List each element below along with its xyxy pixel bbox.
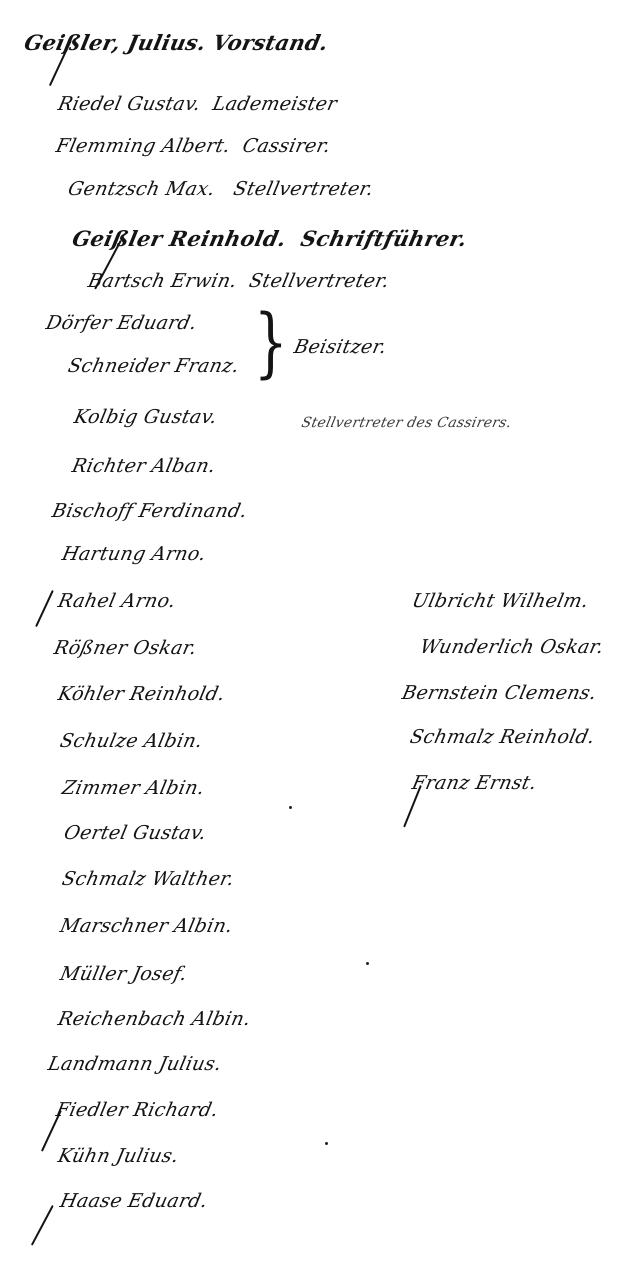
entry-10: Bischoff Ferdinand. [50, 500, 249, 522]
entry-25: Haase Eduard. [58, 1190, 210, 1212]
right-entry-1: Wunderlich Oskar. [418, 636, 606, 658]
entry-role: Schriftführer. [299, 226, 470, 251]
right-entry-2: Bernstein Clemens. [400, 682, 599, 704]
entry-20: Müller Josef. [58, 963, 189, 985]
entry-13: Rößner Oskar. [52, 637, 199, 659]
entry-23: Fiedler Richard. [54, 1099, 220, 1121]
entry-21: Reichenbach Albin. [56, 1008, 253, 1030]
entry-7: Schneider Franz. [66, 355, 241, 377]
entry-name: Oertel Gustav. [62, 822, 208, 844]
entry-name: Schulze Albin. [58, 730, 205, 752]
entry-22: Landmann Julius. [46, 1053, 224, 1075]
group-brace: } [254, 303, 272, 381]
right-entry-4: Franz Ernst. [410, 772, 539, 794]
entry-4: Geißler Reinhold. Schriftführer. [70, 226, 470, 251]
entry-1: Riedel Gustav. Lademeister [56, 93, 339, 115]
beisitzer-label: Beisitzer. [292, 336, 389, 358]
entry-name: Rahel Arno. [56, 590, 178, 612]
entry-5: Bartsch Erwin. Stellvertreter. [86, 270, 391, 292]
entry-name: Kühn Julius. [56, 1145, 181, 1167]
entry-name: Kolbig Gustav. [72, 406, 219, 428]
entry-8-role: Stellvertreter des Cassirers. [300, 415, 513, 431]
document-page: Geißler, Julius. Vorstand. Riedel Gustav… [0, 0, 638, 1264]
entry-name: Haase Eduard. [58, 1190, 210, 1212]
pen-stroke [35, 590, 54, 627]
entry-role: Lademeister [211, 93, 339, 115]
entry-role: Cassirer. [241, 135, 333, 157]
entry-16: Zimmer Albin. [60, 777, 207, 799]
entry-name: Bischoff Ferdinand. [50, 500, 249, 522]
entry-18: Schmalz Walther. [60, 868, 236, 890]
entry-role: Stellvertreter. [247, 270, 391, 292]
entry-9: Richter Alban. [70, 455, 218, 477]
entry-name: Hartung Arno. [60, 543, 208, 565]
entry-17: Oertel Gustav. [62, 822, 208, 844]
entry-name: Schmalz Walther. [60, 868, 236, 890]
entry-name: Landmann Julius. [46, 1053, 224, 1075]
entry-name: Rößner Oskar. [52, 637, 199, 659]
entry-8: Kolbig Gustav. [72, 406, 219, 428]
entry-11: Hartung Arno. [60, 543, 208, 565]
right-entry-3: Schmalz Reinhold. [408, 726, 597, 748]
entry-24: Kühn Julius. [56, 1145, 181, 1167]
entry-19: Marschner Albin. [58, 915, 235, 937]
entry-name: Dörfer Eduard. [44, 312, 199, 334]
entry-name: Zimmer Albin. [60, 777, 207, 799]
entry-2: Flemming Albert. Cassirer. [54, 135, 333, 157]
entry-6: Dörfer Eduard. [44, 312, 199, 334]
entry-role: Stellvertreter. [231, 178, 375, 200]
entry-name: Flemming Albert. [54, 135, 233, 157]
entry-12: Rahel Arno. [56, 590, 178, 612]
entry-3: Gentzsch Max. Stellvertreter. [66, 178, 376, 200]
ink-spot [366, 962, 369, 965]
ink-spot [289, 806, 292, 809]
pen-stroke [41, 1110, 62, 1152]
right-entry-0: Ulbricht Wilhelm. [410, 590, 591, 612]
entry-name: Geißler, Julius. [22, 30, 208, 55]
entry-name: Müller Josef. [58, 963, 189, 985]
entry-name: Geißler Reinhold. [70, 226, 289, 251]
entry-name: Marschner Albin. [58, 915, 235, 937]
entry-name: Köhler Reinhold. [56, 683, 227, 705]
entry-name: Reichenbach Albin. [56, 1008, 253, 1030]
entry-role: Vorstand. [211, 30, 331, 55]
entry-name: Riedel Gustav. [56, 93, 203, 115]
entry-name: Gentzsch Max. [66, 178, 217, 200]
entry-name: Fiedler Richard. [54, 1099, 220, 1121]
entry-14: Köhler Reinhold. [56, 683, 227, 705]
entry-name: Bartsch Erwin. [86, 270, 239, 292]
pen-stroke [31, 1205, 54, 1246]
entry-15: Schulze Albin. [58, 730, 205, 752]
entry-name: Richter Alban. [70, 455, 218, 477]
ink-spot [325, 1142, 328, 1145]
entry-name: Schneider Franz. [66, 355, 241, 377]
